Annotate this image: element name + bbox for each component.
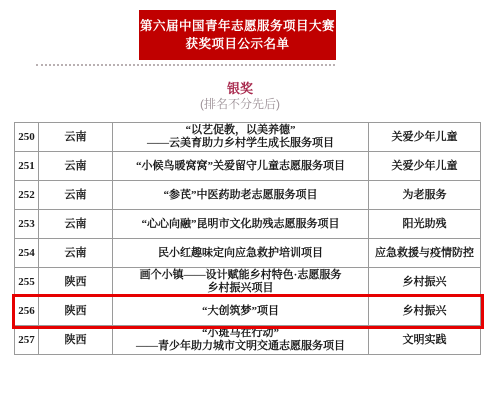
cell-province: 陕西 <box>39 326 113 355</box>
cell-province: 云南 <box>39 181 113 210</box>
cell-category: 乡村振兴 <box>369 297 481 326</box>
cell-project: “心心向融”昆明市文化助残志愿服务项目 <box>113 210 369 239</box>
project-line: ——青少年助力城市文明交通志愿服务项目 <box>115 340 366 353</box>
title-banner: 第六届中国青年志愿服务项目大赛 获奖项目公示名单 <box>139 10 336 60</box>
cell-number: 253 <box>15 210 39 239</box>
cell-number: 255 <box>15 268 39 297</box>
cell-category: 文明实践 <box>369 326 481 355</box>
table-row: 255陕西画个小镇——设计赋能乡村特色·志愿服务乡村振兴项目乡村振兴 <box>15 268 481 297</box>
cell-number: 256 <box>15 297 39 326</box>
cell-project: “参芪”中医药助老志愿服务项目 <box>113 181 369 210</box>
cell-province: 云南 <box>39 239 113 268</box>
awards-table: 250云南“以艺促教，以美养德”——云美育助力乡村学生成长服务项目关爱少年儿童2… <box>14 122 481 355</box>
project-line: “以艺促教，以美养德” <box>115 124 366 137</box>
project-line: “小斑马在行动” <box>115 327 366 340</box>
cell-category: 阳光助残 <box>369 210 481 239</box>
project-line: “心心向融”昆明市文化助残志愿服务项目 <box>115 218 366 231</box>
project-line: 民小红趣味定向应急救护培训项目 <box>115 247 366 260</box>
cell-project: “小斑马在行动”——青少年助力城市文明交通志愿服务项目 <box>113 326 369 355</box>
table-row: 254云南民小红趣味定向应急救护培训项目应急救援与疫情防控 <box>15 239 481 268</box>
awards-table-body: 250云南“以艺促教，以美养德”——云美育助力乡村学生成长服务项目关爱少年儿童2… <box>15 123 481 355</box>
cell-province: 陕西 <box>39 297 113 326</box>
table-row: 250云南“以艺促教，以美养德”——云美育助力乡村学生成长服务项目关爱少年儿童 <box>15 123 481 152</box>
cell-category: 关爱少年儿童 <box>369 123 481 152</box>
cell-project: “大创筑梦”项目 <box>113 297 369 326</box>
cell-category: 为老服务 <box>369 181 481 210</box>
project-line: 乡村振兴项目 <box>115 282 366 295</box>
table-row: 252云南“参芪”中医药助老志愿服务项目为老服务 <box>15 181 481 210</box>
cell-number: 251 <box>15 152 39 181</box>
project-line: “大创筑梦”项目 <box>115 305 366 318</box>
cell-number: 257 <box>15 326 39 355</box>
cell-province: 云南 <box>39 123 113 152</box>
cell-number: 254 <box>15 239 39 268</box>
table-row: 253云南“心心向融”昆明市文化助残志愿服务项目阳光助残 <box>15 210 481 239</box>
cell-category: 应急救援与疫情防控 <box>369 239 481 268</box>
cell-province: 陕西 <box>39 268 113 297</box>
dotted-divider <box>36 64 335 66</box>
cell-province: 云南 <box>39 210 113 239</box>
table-row: 251云南“小候鸟暖窝窝”关爱留守儿童志愿服务项目关爱少年儿童 <box>15 152 481 181</box>
title-line-2: 获奖项目公示名单 <box>139 38 336 51</box>
project-line: “参芪”中医药助老志愿服务项目 <box>115 189 366 202</box>
cell-project: 画个小镇——设计赋能乡村特色·志愿服务乡村振兴项目 <box>113 268 369 297</box>
cell-project: 民小红趣味定向应急救护培训项目 <box>113 239 369 268</box>
cell-project: “以艺促教，以美养德”——云美育助力乡村学生成长服务项目 <box>113 123 369 152</box>
project-line: “小候鸟暖窝窝”关爱留守儿童志愿服务项目 <box>115 160 366 173</box>
table-row: 257陕西“小斑马在行动”——青少年助力城市文明交通志愿服务项目文明实践 <box>15 326 481 355</box>
cell-category: 关爱少年儿童 <box>369 152 481 181</box>
award-section-note: (排名不分先后) <box>0 95 480 112</box>
title-line-1: 第六届中国青年志愿服务项目大赛 <box>139 20 336 33</box>
table-row: 256陕西“大创筑梦”项目乡村振兴 <box>15 297 481 326</box>
project-line: 画个小镇——设计赋能乡村特色·志愿服务 <box>115 269 366 282</box>
cell-number: 250 <box>15 123 39 152</box>
cell-category: 乡村振兴 <box>369 268 481 297</box>
cell-province: 云南 <box>39 152 113 181</box>
project-line: ——云美育助力乡村学生成长服务项目 <box>115 137 366 150</box>
cell-project: “小候鸟暖窝窝”关爱留守儿童志愿服务项目 <box>113 152 369 181</box>
cell-number: 252 <box>15 181 39 210</box>
